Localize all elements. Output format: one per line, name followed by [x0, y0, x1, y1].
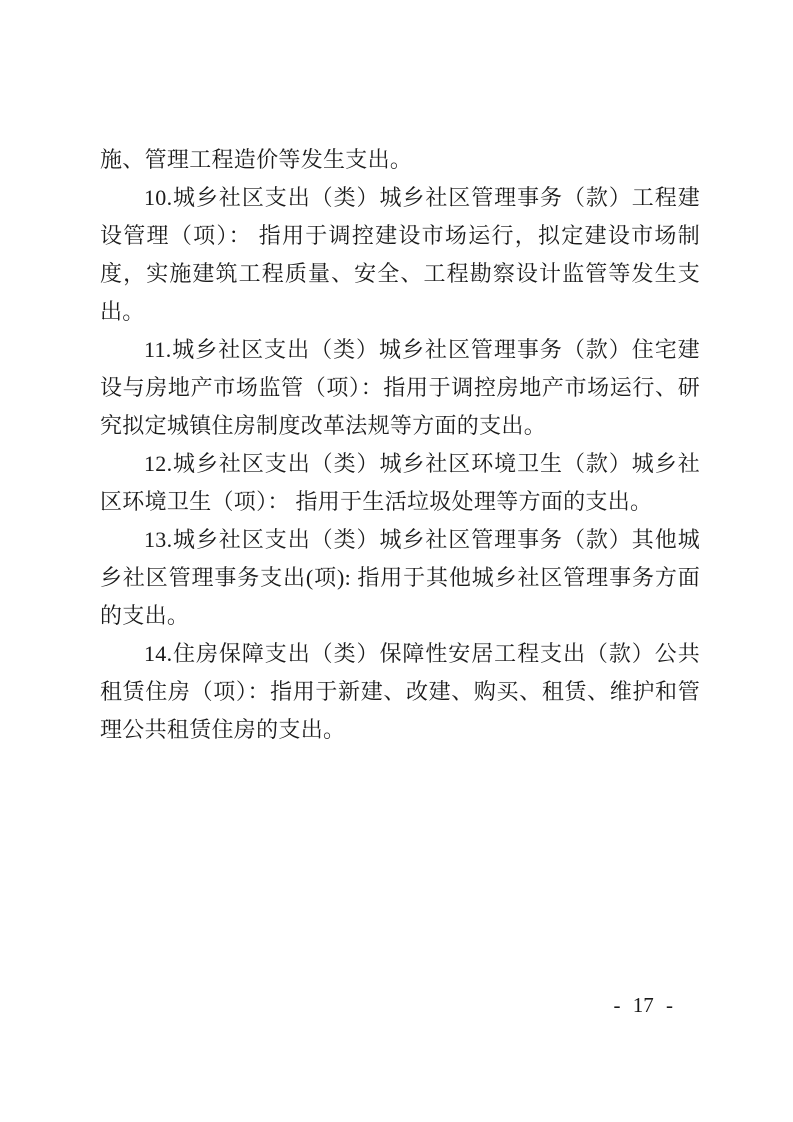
paragraph-13: 13.城乡社区支出（类）城乡社区管理事务（款）其他城乡社区管理事务支出(项): … [100, 521, 700, 635]
page-number: - 17 - [614, 993, 674, 1017]
document-body: 施、管理工程造价等发生支出。 10.城乡社区支出（类）城乡社区管理事务（款）工程… [100, 141, 700, 749]
document-page: 施、管理工程造价等发生支出。 10.城乡社区支出（类）城乡社区管理事务（款）工程… [0, 0, 793, 1122]
paragraph-11: 11.城乡社区支出（类）城乡社区管理事务（款）住宅建设与房地产市场监管（项）：指… [100, 331, 700, 445]
paragraph-10: 10.城乡社区支出（类）城乡社区管理事务（款）工程建设管理（项）： 指用于调控建… [100, 179, 700, 331]
paragraph-9-continuation: 施、管理工程造价等发生支出。 [100, 141, 700, 179]
page-footer: - 17 - [614, 990, 674, 1020]
paragraph-12: 12.城乡社区支出（类）城乡社区环境卫生（款）城乡社区环境卫生（项）： 指用于生… [100, 445, 700, 521]
paragraph-14: 14.住房保障支出（类）保障性安居工程支出（款）公共租赁住房（项）：指用于新建、… [100, 635, 700, 749]
